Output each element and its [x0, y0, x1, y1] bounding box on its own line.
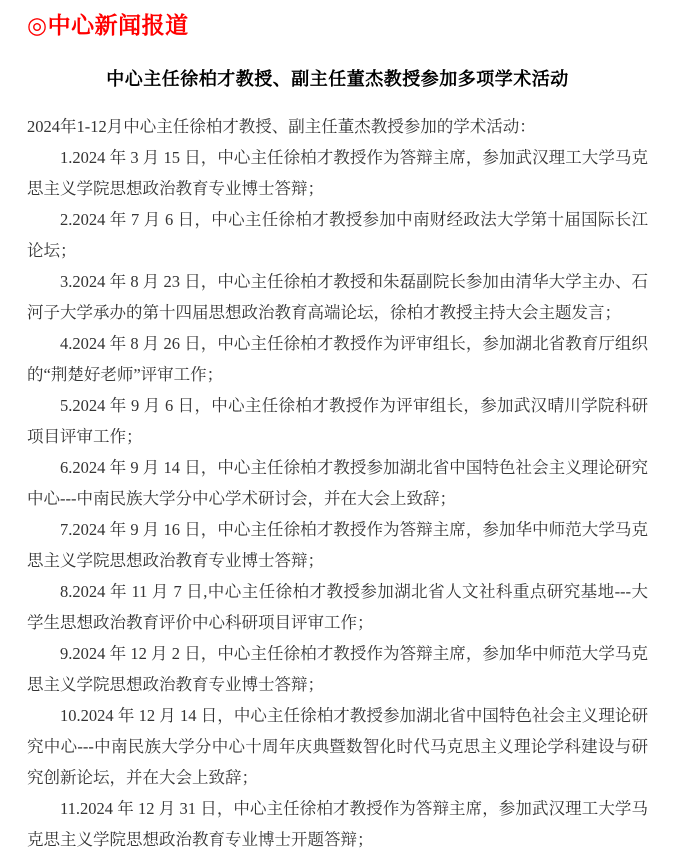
section-header: ◎中心新闻报道 [27, 12, 648, 39]
news-item-6: 6.2024 年 9 月 14 日，中心主任徐柏才教授参加湖北省中国特色社会主义… [27, 452, 648, 514]
news-item-3: 3.2024 年 8 月 23 日，中心主任徐柏才教授和朱磊副院长参加由清华大学… [27, 266, 648, 328]
news-item-11: 11.2024 年 12 月 31 日，中心主任徐柏才教授作为答辩主席，参加武汉… [27, 793, 648, 855]
news-item-4: 4.2024 年 8 月 26 日，中心主任徐柏才教授作为评审组长，参加湖北省教… [27, 328, 648, 390]
document-page: ◎中心新闻报道 中心主任徐柏才教授、副主任董杰教授参加多项学术活动 2024年1… [0, 0, 684, 868]
news-item-9: 9.2024 年 12 月 2 日，中心主任徐柏才教授作为答辩主席，参加华中师范… [27, 638, 648, 700]
page-title: 中心主任徐柏才教授、副主任董杰教授参加多项学术活动 [27, 68, 648, 90]
intro-line: 2024年1-12月中心主任徐柏才教授、副主任董杰教授参加的学术活动： [27, 111, 648, 142]
news-item-10: 10.2024 年 12 月 14 日，中心主任徐柏才教授参加湖北省中国特色社会… [27, 700, 648, 793]
news-item-1: 1.2024 年 3 月 15 日，中心主任徐柏才教授作为答辩主席，参加武汉理工… [27, 142, 648, 204]
news-item-2: 2.2024 年 7 月 6 日，中心主任徐柏才教授参加中南财经政法大学第十届国… [27, 204, 648, 266]
news-item-8: 8.2024 年 11 月 7 日,中心主任徐柏才教授参加湖北省人文社科重点研究… [27, 576, 648, 638]
news-item-7: 7.2024 年 9 月 16 日，中心主任徐柏才教授作为答辩主席，参加华中师范… [27, 514, 648, 576]
news-item-5: 5.2024 年 9 月 6 日，中心主任徐柏才教授作为评审组长，参加武汉晴川学… [27, 390, 648, 452]
article-body: 2024年1-12月中心主任徐柏才教授、副主任董杰教授参加的学术活动： 1.20… [27, 111, 648, 855]
